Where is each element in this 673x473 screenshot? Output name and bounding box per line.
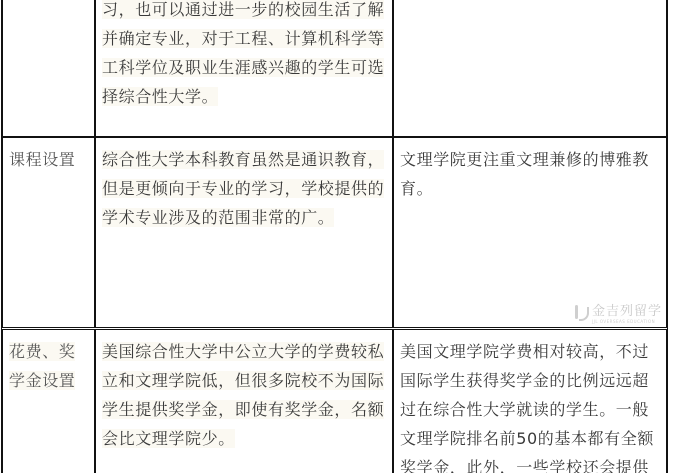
- category-cell: 课程设置: [3, 138, 96, 327]
- liberal-arts-college-cell: [394, 0, 666, 136]
- table-row-intro: 习，也可以通过进一步的校园生活了解并确定专业，对于工程、计算机科学等工科学位及职…: [1, 0, 668, 138]
- liberal-arts-college-cell: 美国文理学院学费相对较高，不过国际学生获得奖学金的比例远远超过在综合性大学就读的…: [394, 330, 666, 473]
- table-row-cost-scholarship: 花费、奖学金设置 美国综合性大学中公立大学的学费较私立和文理学院低，但很多院校不…: [1, 330, 668, 473]
- liberal-arts-college-cell: 文理学院更注重文理兼修的博雅教育。: [394, 138, 666, 327]
- cell-text: 综合性大学本科教育虽然是通识教育，但是更倾向于专业的学习，学校提供的学术专业涉及…: [102, 150, 384, 227]
- category-cell: 花费、奖学金设置: [3, 330, 96, 473]
- table-row-curriculum: 课程设置 综合性大学本科教育虽然是通识教育，但是更倾向于专业的学习，学校提供的学…: [1, 138, 668, 330]
- cell-text: 美国文理学院学费相对较高，不过国际学生获得奖学金的比例远远超过在综合性大学就读的…: [400, 342, 654, 473]
- watermark-text: 金吉列留学: [592, 304, 662, 319]
- category-cell: [3, 0, 96, 136]
- watermark-subtext: JJL OVERSEAS EDUCATION: [592, 319, 662, 324]
- comprehensive-university-cell: 综合性大学本科教育虽然是通识教育，但是更倾向于专业的学习，学校提供的学术专业涉及…: [96, 138, 394, 327]
- comprehensive-university-cell: 习，也可以通过进一步的校园生活了解并确定专业，对于工程、计算机科学等工科学位及职…: [96, 0, 394, 136]
- cell-text: 文理学院更注重文理兼修的博雅教育。: [400, 150, 649, 198]
- watermark: 金吉列留学 JJL OVERSEAS EDUCATION: [573, 300, 662, 324]
- comprehensive-university-cell: 美国综合性大学中公立大学的学费较私立和文理学院低，但很多院校不为国际学生提供奖学…: [96, 330, 394, 473]
- watermark-text-group: 金吉列留学 JJL OVERSEAS EDUCATION: [592, 300, 662, 324]
- cell-text: 习，也可以通过进一步的校园生活了解并确定专业，对于工程、计算机科学等工科学位及职…: [102, 0, 384, 106]
- jjl-logo-icon: [573, 303, 589, 321]
- cell-text: 花费、奖学金设置: [9, 342, 75, 390]
- comparison-table: 习，也可以通过进一步的校园生活了解并确定专业，对于工程、计算机科学等工科学位及职…: [1, 0, 668, 473]
- cell-text: 美国综合性大学中公立大学的学费较私立和文理学院低，但很多院校不为国际学生提供奖学…: [102, 342, 384, 448]
